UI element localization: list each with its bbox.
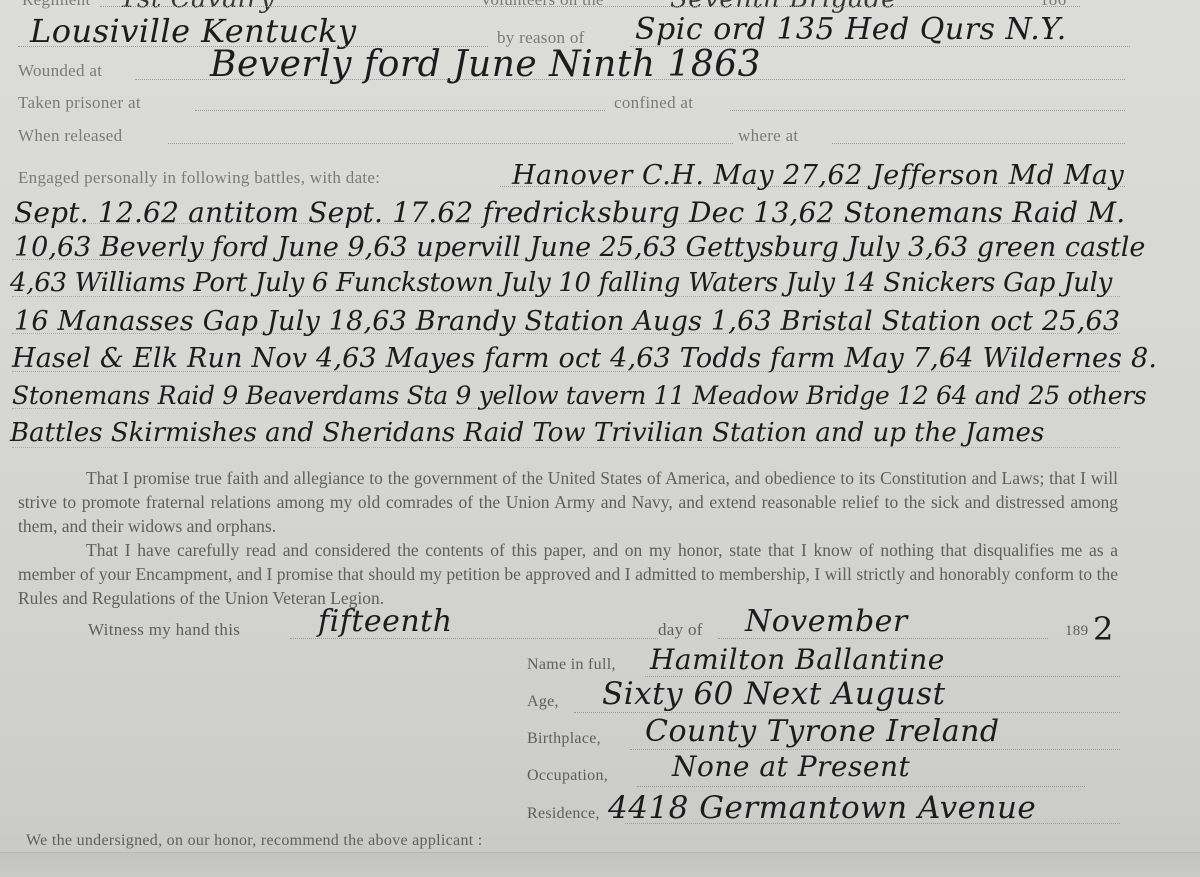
age-value: Sixty 60 Next August: [602, 676, 946, 712]
taken-prisoner-label: Taken prisoner at: [18, 93, 141, 113]
age-line: [574, 712, 1120, 713]
confined-label: confined at: [614, 93, 693, 113]
occupation-line: [637, 786, 1085, 787]
recommendation-text: We the undersigned, on our honor, recomm…: [26, 832, 483, 850]
wounded-value: Beverly ford June Ninth 1863: [210, 44, 761, 85]
battles-entry-5: Hasel & Elk Run Nov 4,63 Mayes farm oct …: [12, 343, 1157, 374]
occupation-label: Occupation,: [527, 767, 608, 785]
oath-text: That I promise true faith and allegiance…: [18, 466, 1118, 610]
residence-value: 4418 Germantown Avenue: [608, 790, 1036, 826]
birthplace-label: Birthplace,: [527, 730, 601, 748]
residence-label: Residence,: [527, 805, 600, 823]
paper-fold-crease: [0, 852, 1200, 877]
released-line[interactable]: [168, 143, 733, 144]
where-line[interactable]: [832, 143, 1125, 144]
oath-paragraph-conformance: That I have carefully read and considere…: [18, 538, 1118, 610]
witness-label: Witness my hand this: [88, 620, 240, 640]
regiment-label: Regiment: [22, 0, 91, 10]
birthplace-value: County Tyrone Ireland: [645, 714, 1000, 749]
battles-entry-4: 16 Manasses Gap July 18,63 Brandy Statio…: [14, 306, 1120, 337]
battles-entry-6: Stonemans Raid 9 Beaverdams Sta 9 yellow…: [12, 381, 1146, 410]
battles-entry-0: Hanover C.H. May 27,62 Jefferson Md May: [512, 160, 1124, 191]
witness-year-suffix: 2: [1093, 610, 1114, 648]
confined-line[interactable]: [730, 110, 1125, 111]
taken-prisoner-line[interactable]: [195, 110, 605, 111]
wounded-label: Wounded at: [18, 61, 102, 81]
top-strip-line: [100, 6, 1080, 7]
name-value: Hamilton Ballantine: [650, 643, 945, 676]
battles-entry-7: Battles Skirmishes and Sheridans Raid To…: [10, 418, 1044, 448]
oath-paragraph-allegiance: That I promise true faith and allegiance…: [18, 466, 1118, 538]
age-label: Age,: [527, 693, 559, 711]
battles-label: Engaged personally in following battles,…: [18, 168, 380, 188]
battles-entry-2: 10,63 Beverly ford June 9,63 upervill Ju…: [14, 232, 1145, 263]
occupation-value: None at Present: [672, 750, 910, 783]
day-of-label: day of: [658, 620, 703, 640]
by-reason-value: Spic ord 135 Hed Qurs N.Y.: [635, 12, 1067, 47]
battles-entry-1: Sept. 12.62 antitom Sept. 17.62 fredrick…: [14, 196, 1125, 229]
where-label: where at: [738, 126, 798, 146]
battles-entry-3: 4,63 Williams Port July 6 Funckstown Jul…: [10, 268, 1112, 298]
year-fragment: 186: [1040, 0, 1066, 10]
volunteers-label: Volunteers on the: [480, 0, 604, 10]
veteran-legion-application-form: Regiment 1st Cavalry Volunteers on the S…: [0, 0, 1200, 877]
released-label: When released: [18, 126, 122, 146]
witness-month-value: November: [745, 604, 908, 639]
witness-year-prefix: 189: [1065, 623, 1088, 640]
witness-day-value: fifteenth: [318, 604, 453, 639]
name-label: Name in full,: [527, 656, 616, 674]
